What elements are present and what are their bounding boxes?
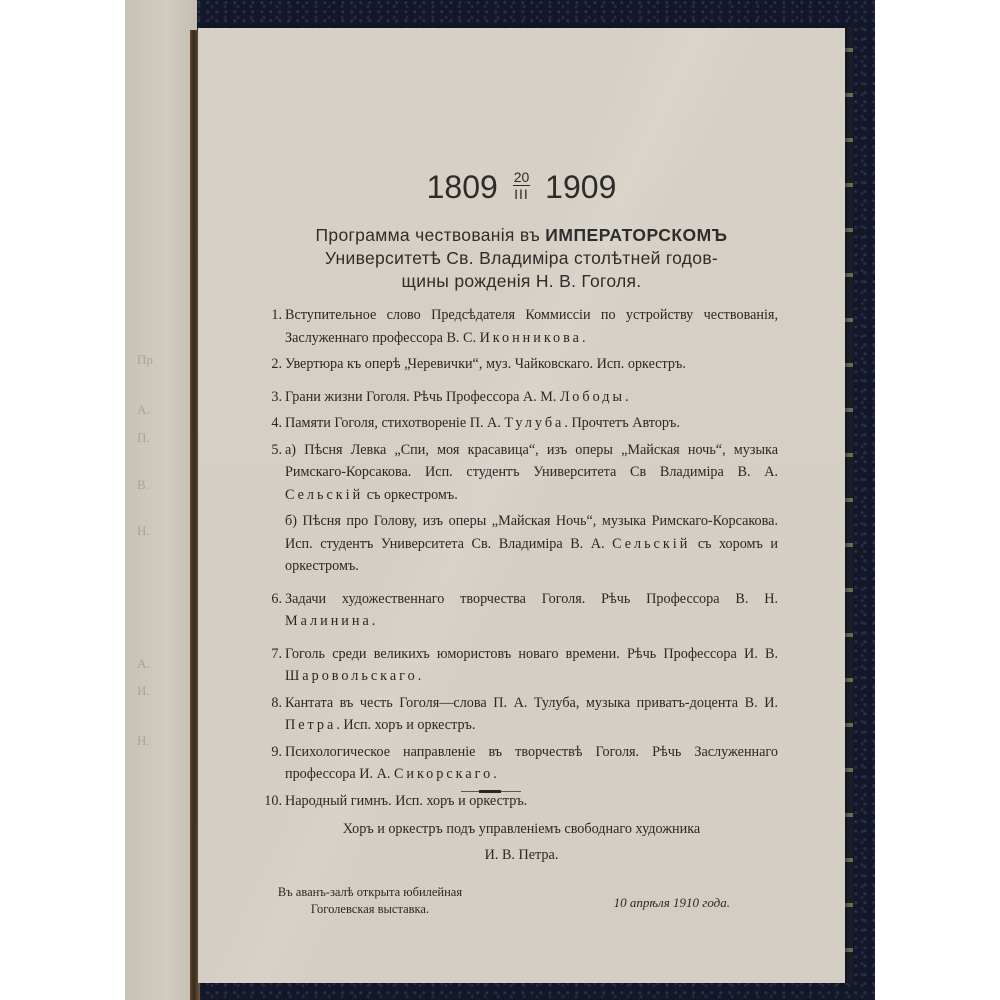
item-tail: . xyxy=(625,389,629,405)
date-month: III xyxy=(513,186,531,201)
item-number: 8. xyxy=(258,692,282,715)
year-end: 1909 xyxy=(545,169,616,205)
program-item: 3. Грани жизни Гоголя. Рѣчь Профессора А… xyxy=(258,386,778,409)
conductor-credit: Хоръ и оркестръ подъ управленіемъ свобод… xyxy=(198,816,845,868)
item-tail: . xyxy=(493,766,497,782)
item-text: Народный гимнъ. Исп. хоръ и оркестръ. xyxy=(285,793,527,809)
program-item-subpart: б) Пѣсня про Голову, изъ оперы „Майская … xyxy=(258,510,778,578)
anniversary-dates: 1809 20 III 1909 xyxy=(198,169,845,206)
heading-line-1: Программа чествованія въ ИМПЕРАТОРСКОМЪ xyxy=(228,224,815,247)
speaker-name: Сикорскаго xyxy=(394,766,493,782)
ornamental-rule xyxy=(461,791,521,792)
bleed-through-mark: В. xyxy=(137,477,149,493)
item-tail: . xyxy=(372,613,376,629)
program-item: 9. Психологическое направленіе въ творче… xyxy=(258,741,778,786)
author-name: Тулуба xyxy=(504,415,564,431)
program-item: 2. Увертюра къ оперѣ „Черевички“, муз. Ч… xyxy=(258,353,778,376)
item-text: Памяти Гоголя, стихотвореніе П. А. xyxy=(285,415,504,431)
item-tail: . Исп. хоръ и оркестръ. xyxy=(336,717,475,733)
item-text: Гоголь среди великихъ юмористовъ новаго … xyxy=(285,646,778,662)
item-number: 9. xyxy=(258,741,282,764)
program-item: 7. Гоголь среди великихъ юмористовъ нова… xyxy=(258,643,778,688)
heading-line-3: щины рожденія Н. В. Гоголя. xyxy=(228,270,815,293)
bleed-through-mark: Н. xyxy=(137,523,150,539)
composer-name: Петра xyxy=(285,717,336,733)
program-item: 8. Кантата въ честь Гоголя—слова П. А. Т… xyxy=(258,692,778,737)
performer-name: Сельскій xyxy=(285,487,363,503)
heading-university-caps: ИМПЕРАТОРСКОМЪ xyxy=(545,225,727,245)
bleed-through-mark: И. xyxy=(137,683,150,699)
item-number: 4. xyxy=(258,412,282,435)
item-text: Грани жизни Гоголя. Рѣчь Профессора А. М… xyxy=(285,389,560,405)
program-item: 4. Памяти Гоголя, стихотвореніе П. А. Ту… xyxy=(258,412,778,435)
speaker-name: Иконникова xyxy=(480,330,582,346)
speaker-name: Лободы xyxy=(560,389,625,405)
item-tail: съ оркестромъ. xyxy=(363,487,458,503)
heading-prefix: Программа чествованія въ xyxy=(316,225,546,245)
heading-line-2: Университетѣ Св. Владиміра столѣтней год… xyxy=(228,247,815,270)
event-date: 10 апрѣля 1910 года. xyxy=(590,895,730,911)
program-heading: Программа чествованія въ ИМПЕРАТОРСКОМЪ … xyxy=(228,224,815,293)
item-number: 2. xyxy=(258,353,282,376)
program-item: 10. Народный гимнъ. Исп. хоръ и оркестръ… xyxy=(258,790,778,813)
bleed-through-mark: А. xyxy=(137,402,150,418)
item-text: Кантата въ честь Гоголя—слова П. А. Тулу… xyxy=(285,695,778,711)
program-item: 6. Задачи художественнаго творчества Гог… xyxy=(258,588,778,633)
item-number: 5. xyxy=(258,439,282,462)
item-tail: . xyxy=(582,330,586,346)
bleed-through-mark: П. xyxy=(137,430,150,446)
item-tail: . Прочтетъ Авторъ. xyxy=(564,415,680,431)
item-tail: . xyxy=(418,668,422,684)
exhibition-line-2: Гоголевская выставка. xyxy=(240,901,500,918)
item-text: Психологическое направленіе въ творчеств… xyxy=(285,744,778,783)
date-fraction: 20 III xyxy=(513,170,531,201)
item-number: 6. xyxy=(258,588,282,611)
item-number: 10. xyxy=(248,790,282,813)
exhibition-note: Въ аванъ-залѣ открыта юбилейная Гоголевс… xyxy=(240,884,500,918)
item-number: 7. xyxy=(258,643,282,666)
year-start: 1809 xyxy=(427,169,498,205)
item-text: Задачи художественнаго творчества Гоголя… xyxy=(285,591,778,607)
program-list: 1. Вступительное слово Предсѣдателя Комм… xyxy=(258,304,778,816)
book-cover-edge xyxy=(845,28,853,983)
speaker-name: Малинина xyxy=(285,613,372,629)
conductor-line-2: И. В. Петра. xyxy=(198,842,845,868)
conductor-line-1: Хоръ и оркестръ подъ управленіемъ свобод… xyxy=(198,816,845,842)
date-day: 20 xyxy=(513,170,531,186)
performer-name: Сельскій xyxy=(612,536,690,552)
item-text: Увертюра къ оперѣ „Черевички“, муз. Чайк… xyxy=(285,356,686,372)
program-item: 1. Вступительное слово Предсѣдателя Комм… xyxy=(258,304,778,349)
bleed-through-mark: Н. xyxy=(137,733,150,749)
program-item: 5. а) Пѣсня Левка „Спи, моя красавица“, … xyxy=(258,439,778,507)
exhibition-line-1: Въ аванъ-залѣ открыта юбилейная xyxy=(240,884,500,901)
item-number: 3. xyxy=(258,386,282,409)
program-page: 1809 20 III 1909 Программа чествованія в… xyxy=(198,28,845,983)
speaker-name: Шаровольскаго xyxy=(285,668,418,684)
item-number: 1. xyxy=(258,304,282,327)
bleed-through-mark: А. xyxy=(137,656,150,672)
left-page: Пр А. П. В. Н. А. И. Н. xyxy=(125,0,197,1000)
item-text: а) Пѣсня Левка „Спи, моя красавица“, изъ… xyxy=(285,442,778,481)
bleed-through-mark: Пр xyxy=(137,352,153,368)
